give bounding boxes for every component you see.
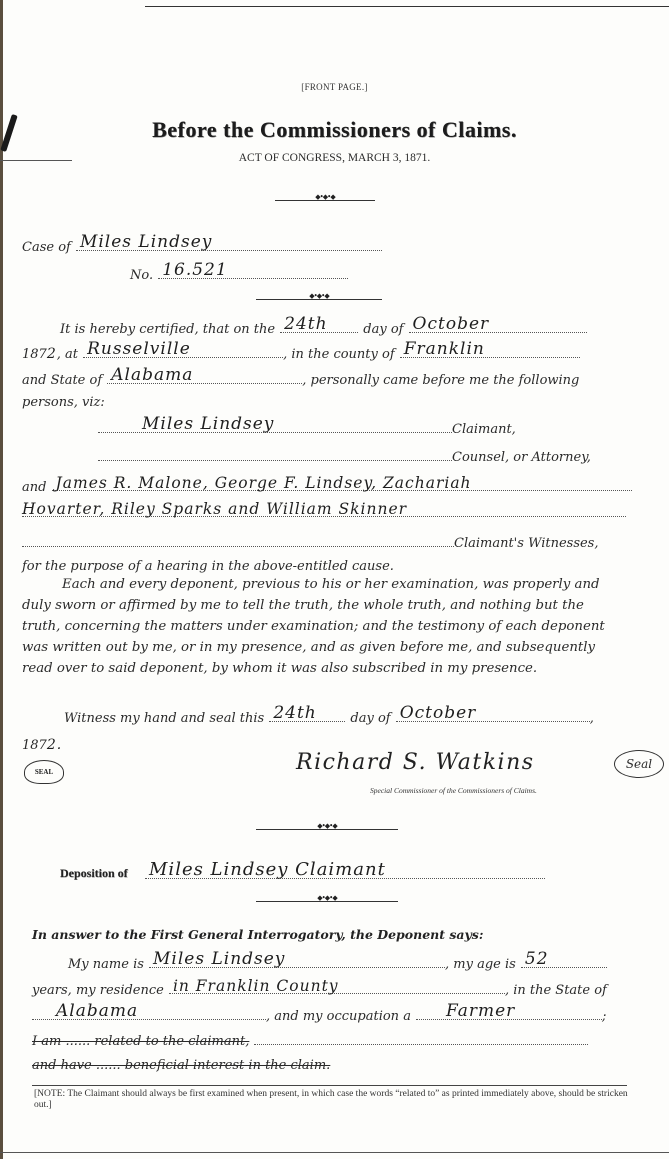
and-label: and (22, 480, 46, 495)
deponent-state-value: Alabama (56, 1001, 138, 1021)
witness-day-value: 24th (273, 703, 316, 723)
witness-month-field[interactable]: October (396, 707, 590, 722)
witnesses-field-2[interactable]: Hovarter, Riley Sparks and William Skinn… (22, 502, 626, 517)
year-prefix: 187 (22, 347, 47, 362)
purpose-text: for the purpose of a hearing in the abov… (22, 559, 394, 574)
county-field[interactable]: Franklin (400, 343, 580, 358)
residence-value: in Franklin County (173, 977, 339, 995)
case-name-field[interactable]: Miles Lindsey (76, 236, 382, 251)
counsel-label: Counsel, or Attorney, (452, 450, 591, 465)
deposition-name-field[interactable]: Miles Lindsey Claimant (145, 864, 545, 879)
witnesses-field-3[interactable] (22, 532, 454, 547)
case-number-value: 16.521 (162, 260, 227, 280)
document-title: Before the Commissioners of Claims. (0, 117, 669, 143)
name-label: My name is (68, 957, 144, 972)
certification-month-value: October (413, 314, 490, 334)
residence-line: years, my residence in Franklin County ,… (32, 979, 607, 998)
age-field[interactable]: 52 (521, 953, 607, 968)
witness-date-line: Witness my hand and seal this 24th day o… (64, 707, 594, 726)
signature-seal-mark: Seal (614, 750, 664, 778)
at-label: , at (57, 347, 78, 362)
occupation-field[interactable]: Farmer (416, 1005, 602, 1020)
front-page-label: [FRONT PAGE.] (0, 82, 669, 92)
related-to-claimant-text: I am ...... related to the claimant, (32, 1034, 249, 1049)
witnesses-line-2: Hovarter, Riley Sparks and William Skinn… (22, 502, 626, 521)
certification-day-value: 24th (284, 314, 327, 334)
witness-day-field[interactable]: 24th (269, 707, 345, 722)
deposition-label: Deposition of (60, 866, 128, 881)
witnesses-field-1[interactable]: James R. Malone, George F. Lindsey, Zach… (52, 476, 632, 491)
related-field[interactable] (254, 1030, 588, 1045)
name-age-line: My name is Miles Lindsey , my age is 52 (68, 953, 607, 972)
certification-state-line: and State of Alabama , personally came b… (22, 369, 579, 388)
state-label: and State of (22, 373, 102, 388)
deponent-name-value: Miles Lindsey (153, 949, 285, 969)
witnesses-label-line: Claimant's Witnesses, (22, 532, 599, 551)
witness-intro: Witness my hand and seal this (64, 711, 264, 726)
note-text: [NOTE: The Claimant should always be fir… (34, 1089, 629, 1111)
ornament-divider (275, 200, 375, 201)
counsel-line: Counsel, or Attorney, (98, 446, 591, 465)
commissioner-title: Special Commissioner of the Commissioner… (370, 786, 537, 795)
witnesses-value-2: Hovarter, Riley Sparks and William Skinn… (22, 500, 407, 518)
interest-line: and have ...... beneficial interest in t… (32, 1054, 330, 1073)
deponent-state-field[interactable]: Alabama (32, 1005, 266, 1020)
county-value: Franklin (404, 339, 485, 359)
ornament-divider (256, 299, 382, 300)
year-digit: 2 (47, 346, 57, 362)
certification-place-line: 1872, at Russelville , in the county of … (22, 343, 580, 362)
deposition-name-line: Miles Lindsey Claimant (145, 864, 545, 883)
witness-year-prefix: 187 (22, 738, 47, 753)
witnesses-value-1: James R. Malone, George F. Lindsey, Zach… (56, 474, 472, 492)
age-value: 52 (525, 949, 549, 969)
state-of-label: , in the State of (505, 983, 607, 998)
certification-day-field[interactable]: 24th (280, 318, 358, 333)
state-value: Alabama (111, 365, 193, 385)
counsel-field[interactable] (98, 446, 452, 461)
occupation-value: Farmer (446, 1001, 515, 1021)
bottom-page-edge (0, 1152, 669, 1153)
case-number-label: No. (130, 268, 153, 283)
oath-paragraph: Each and every deponent, previous to his… (22, 574, 622, 679)
case-number-line: No. 16.521 (130, 264, 348, 283)
certification-date-line: It is hereby certified, that on the 24th… (60, 318, 587, 337)
note-divider (32, 1085, 627, 1086)
place-value: Russelville (87, 339, 191, 359)
claimant-label: Claimant, (452, 422, 516, 437)
witness-day-of-label: day of (350, 711, 390, 726)
seal-emblem: SEAL (24, 760, 64, 784)
case-name-value: Miles Lindsey (80, 232, 212, 252)
witnesses-line-1: and James R. Malone, George F. Lindsey, … (22, 476, 632, 495)
age-label: , my age is (445, 957, 516, 972)
deponent-name-field[interactable]: Miles Lindsey (149, 953, 445, 968)
state-occupation-line: Alabama , and my occupation a Farmer ; (32, 1005, 606, 1024)
witness-year-line: 1872. (22, 734, 62, 753)
document-subtitle: ACT OF CONGRESS, MARCH 3, 1871. (0, 152, 669, 164)
ornament-divider (256, 829, 398, 830)
top-rule (145, 6, 669, 7)
residence-field[interactable]: in Franklin County (169, 979, 505, 994)
occupation-label: , and my occupation a (266, 1009, 411, 1024)
case-number-field[interactable]: 16.521 (158, 264, 348, 279)
certification-intro: It is hereby certified, that on the (60, 322, 275, 337)
witness-year-digit: 2. (47, 737, 62, 753)
certification-month-field[interactable]: October (409, 318, 587, 333)
witness-month-value: October (400, 703, 477, 723)
witnesses-label: Claimant's Witnesses, (454, 536, 599, 551)
county-label: , in the county of (283, 347, 395, 362)
ornament-divider (256, 901, 398, 902)
beneficial-interest-text: and have ...... beneficial interest in t… (32, 1058, 330, 1073)
state-field[interactable]: Alabama (107, 369, 302, 384)
commissioner-signature: Richard S. Watkins (296, 750, 535, 775)
place-field[interactable]: Russelville (83, 343, 283, 358)
persons-label: persons, viz: (22, 395, 105, 410)
related-line: I am ...... related to the claimant, (32, 1030, 588, 1049)
interrogatory-heading: In answer to the First General Interroga… (32, 927, 483, 942)
came-before-text: , personally came before me the followin… (302, 373, 579, 388)
case-label: Case of (22, 240, 71, 255)
case-line: Case of Miles Lindsey (22, 236, 382, 255)
page-left-edge (0, 0, 3, 1159)
claimant-value: Miles Lindsey (142, 414, 274, 434)
deposition-name-value: Miles Lindsey Claimant (149, 859, 386, 880)
claimant-line: Miles Lindsey Claimant, (98, 418, 516, 437)
day-of-label: day of (363, 322, 403, 337)
years-residence-label: years, my residence (32, 983, 164, 998)
claimant-field[interactable]: Miles Lindsey (98, 418, 452, 433)
